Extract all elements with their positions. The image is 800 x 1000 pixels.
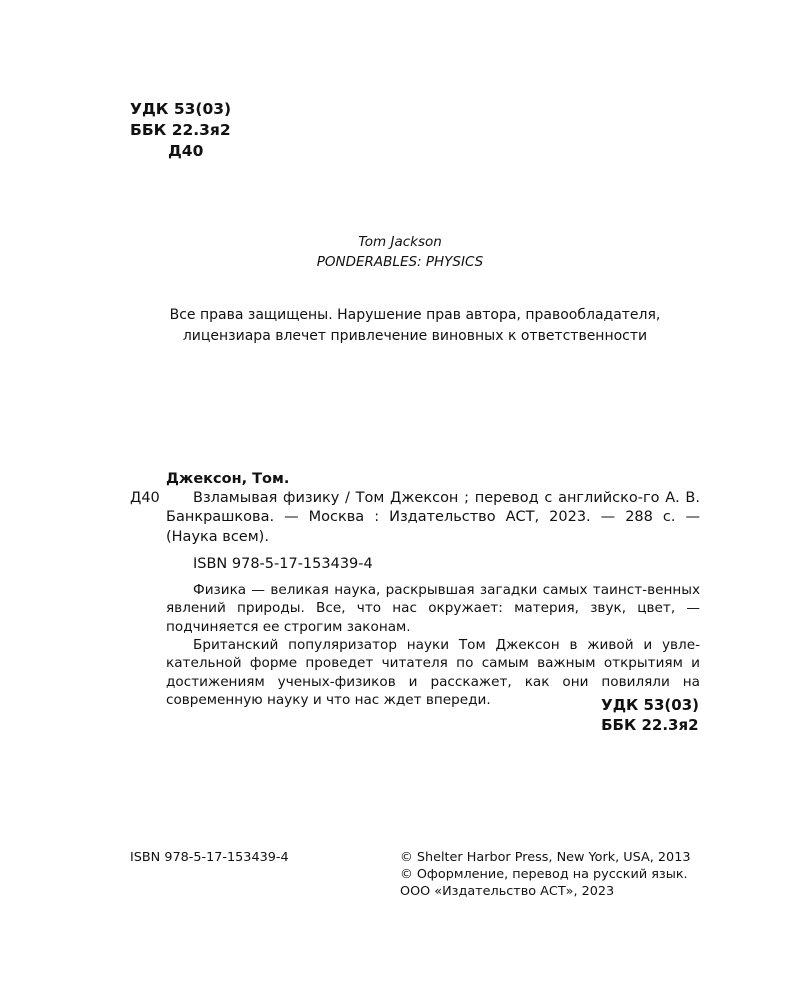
original-edition-info: Tom Jackson PONDERABLES: PHYSICS [0,233,800,272]
classification-codes-bottom: УДК 53(03) ББК 22.3я2 [601,695,699,735]
catalog-udk-code: УДК 53(03) [601,695,699,715]
udk-code: УДК 53(03) [130,99,231,120]
copyright-line-3: ООО «Издательство АСТ», 2023 [400,883,691,900]
catalog-author-heading: Джексон, Том. [166,470,700,489]
classification-codes-top: УДК 53(03) ББК 22.3я2 Д40 [130,99,231,162]
copyright-line-1: © Shelter Harbor Press, New York, USA, 2… [400,849,691,866]
catalog-isbn: ISBN 978-5-17-153439-4 [166,555,700,574]
rights-notice: Все права защищены. Нарушение прав автор… [0,305,800,346]
rights-notice-line-1: Все права защищены. Нарушение прав автор… [0,305,800,326]
catalog-author-mark: Д40 [130,489,160,508]
annotation: Физика — великая наука, раскрывшая загад… [166,581,700,709]
copyright-line-2: © Оформление, перевод на русский язык. [400,866,691,883]
bbk-code: ББК 22.3я2 [130,120,231,141]
annotation-paragraph-1: Физика — великая наука, раскрывшая загад… [166,581,700,636]
catalog-entry: Джексон, Том. Взламывая физику / Том Дже… [166,470,700,709]
catalog-bbk-code: ББК 22.3я2 [601,715,699,735]
author-mark: Д40 [130,141,231,162]
footer-isbn: ISBN 978-5-17-153439-4 [130,849,289,866]
original-author: Tom Jackson [0,233,800,253]
footer-copyright: © Shelter Harbor Press, New York, USA, 2… [400,849,691,900]
original-title: PONDERABLES: PHYSICS [0,253,800,273]
bibliographic-description: Взламывая физику / Том Джексон ; перевод… [166,489,700,547]
rights-notice-line-2: лицензиара влечет привлечение виновных к… [0,326,800,347]
